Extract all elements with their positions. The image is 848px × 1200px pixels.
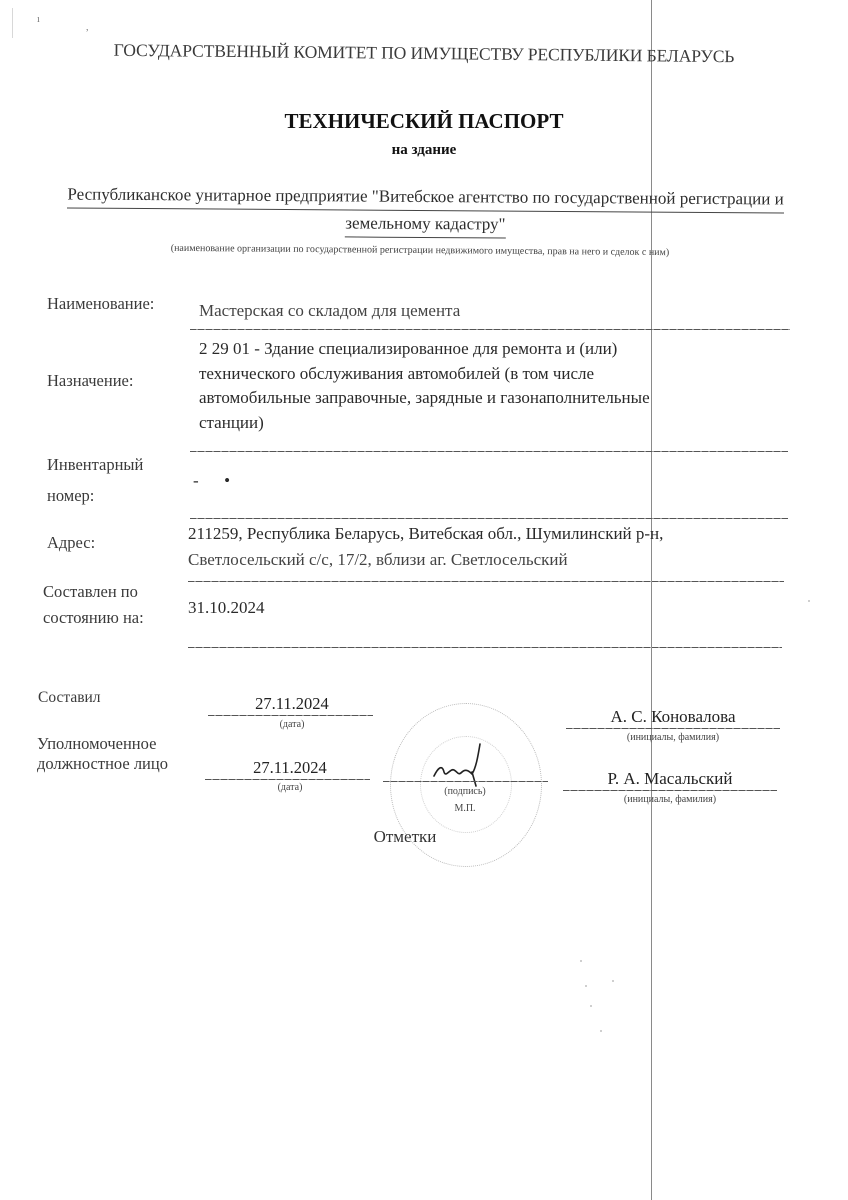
compiled-date-rule [208,715,373,716]
document-subtitle: на здание [0,142,848,159]
compiled-date: 27.11.2024 [212,694,372,714]
scan-speck [585,985,587,987]
authorized-label-line-1: Уполномоченное [37,734,168,754]
authorized-date-caption: (дата) [210,782,370,793]
document-title: ТЕХНИЧЕСКИЙ ПАСПОРТ [0,109,848,134]
address-rule [188,581,784,582]
scan-speck [600,1030,602,1032]
compiled-date-caption: (дата) [212,719,372,730]
authorized-date: 27.11.2024 [210,758,370,778]
signature-rule [383,781,548,782]
organization-line-1: Республиканское унитарное предприятие "В… [67,182,783,214]
authorized-label: Уполномоченное должностное лицо [37,734,168,774]
scan-artifact-line [651,0,652,1200]
compiled-name: А. С. Коновалова [568,707,778,727]
agency-header: ГОСУДАРСТВЕННЫЙ КОМИТЕТ ПО ИМУЩЕСТВУ РЕС… [0,39,848,69]
authorized-name: Р. А. Масальский [565,769,775,789]
purpose-line: технического обслуживания автомобилей (в… [199,362,650,387]
purpose-rule [190,451,788,452]
name-rule [190,329,790,330]
organization-name: Республиканское унитарное предприятие "В… [58,181,793,240]
purpose-line: автомобильные заправочные, зарядные и га… [199,386,650,411]
handwritten-signature [432,742,492,790]
organization-line-2: земельному кадастру" [345,210,505,238]
inventory-label-line-2: номер: [47,480,143,511]
notes-heading: Отметки [0,827,810,847]
scan-speck [580,960,582,962]
scan-speck [590,1005,592,1007]
as-of-label-line-1: Составлен по [43,579,144,605]
authorized-name-rule [563,790,777,791]
purpose-line: 2 29 01 - Здание специализированное для … [199,337,650,362]
authorized-name-caption: (инициалы, фамилия) [565,794,775,805]
compiled-name-caption: (инициалы, фамилия) [568,732,778,743]
scan-speck [612,980,614,982]
stamp-caption: М.П. [420,803,510,814]
inventory-value: - • [193,469,230,493]
organization-caption: (наименование организации по государстве… [95,242,745,259]
compiled-label: Составил [38,688,101,708]
scan-speck: , [86,22,89,33]
scan-speck: ı [37,14,40,25]
purpose-value: 2 29 01 - Здание специализированное для … [199,337,650,435]
as-of-label-line-2: состоянию на: [43,605,144,631]
as-of-rule [188,647,782,648]
authorized-date-rule [205,779,370,780]
purpose-line: станции) [199,411,650,436]
as-of-value: 31.10.2024 [188,596,265,620]
address-line: 211259, Республика Беларусь, Витебская о… [188,521,663,547]
address-line: Светлосельский с/с, 17/2, вблизи аг. Све… [188,547,663,573]
inventory-rule [190,518,788,519]
purpose-label: Назначение: [47,369,133,393]
scan-speck [808,600,810,602]
inventory-label-line-1: Инвентарный [47,449,143,480]
address-label: Адрес: [47,531,95,555]
scan-edge-mark [12,8,13,38]
as-of-label: Составлен по состоянию на: [43,579,144,631]
authorized-label-line-2: должностное лицо [37,754,168,774]
name-value: Мастерская со складом для цемента [199,299,460,323]
name-label: Наименование: [47,292,154,316]
inventory-label: Инвентарный номер: [47,449,143,511]
address-value: 211259, Республика Беларусь, Витебская о… [188,521,663,573]
signature-caption: (подпись) [420,786,510,797]
compiled-name-rule [566,728,780,729]
